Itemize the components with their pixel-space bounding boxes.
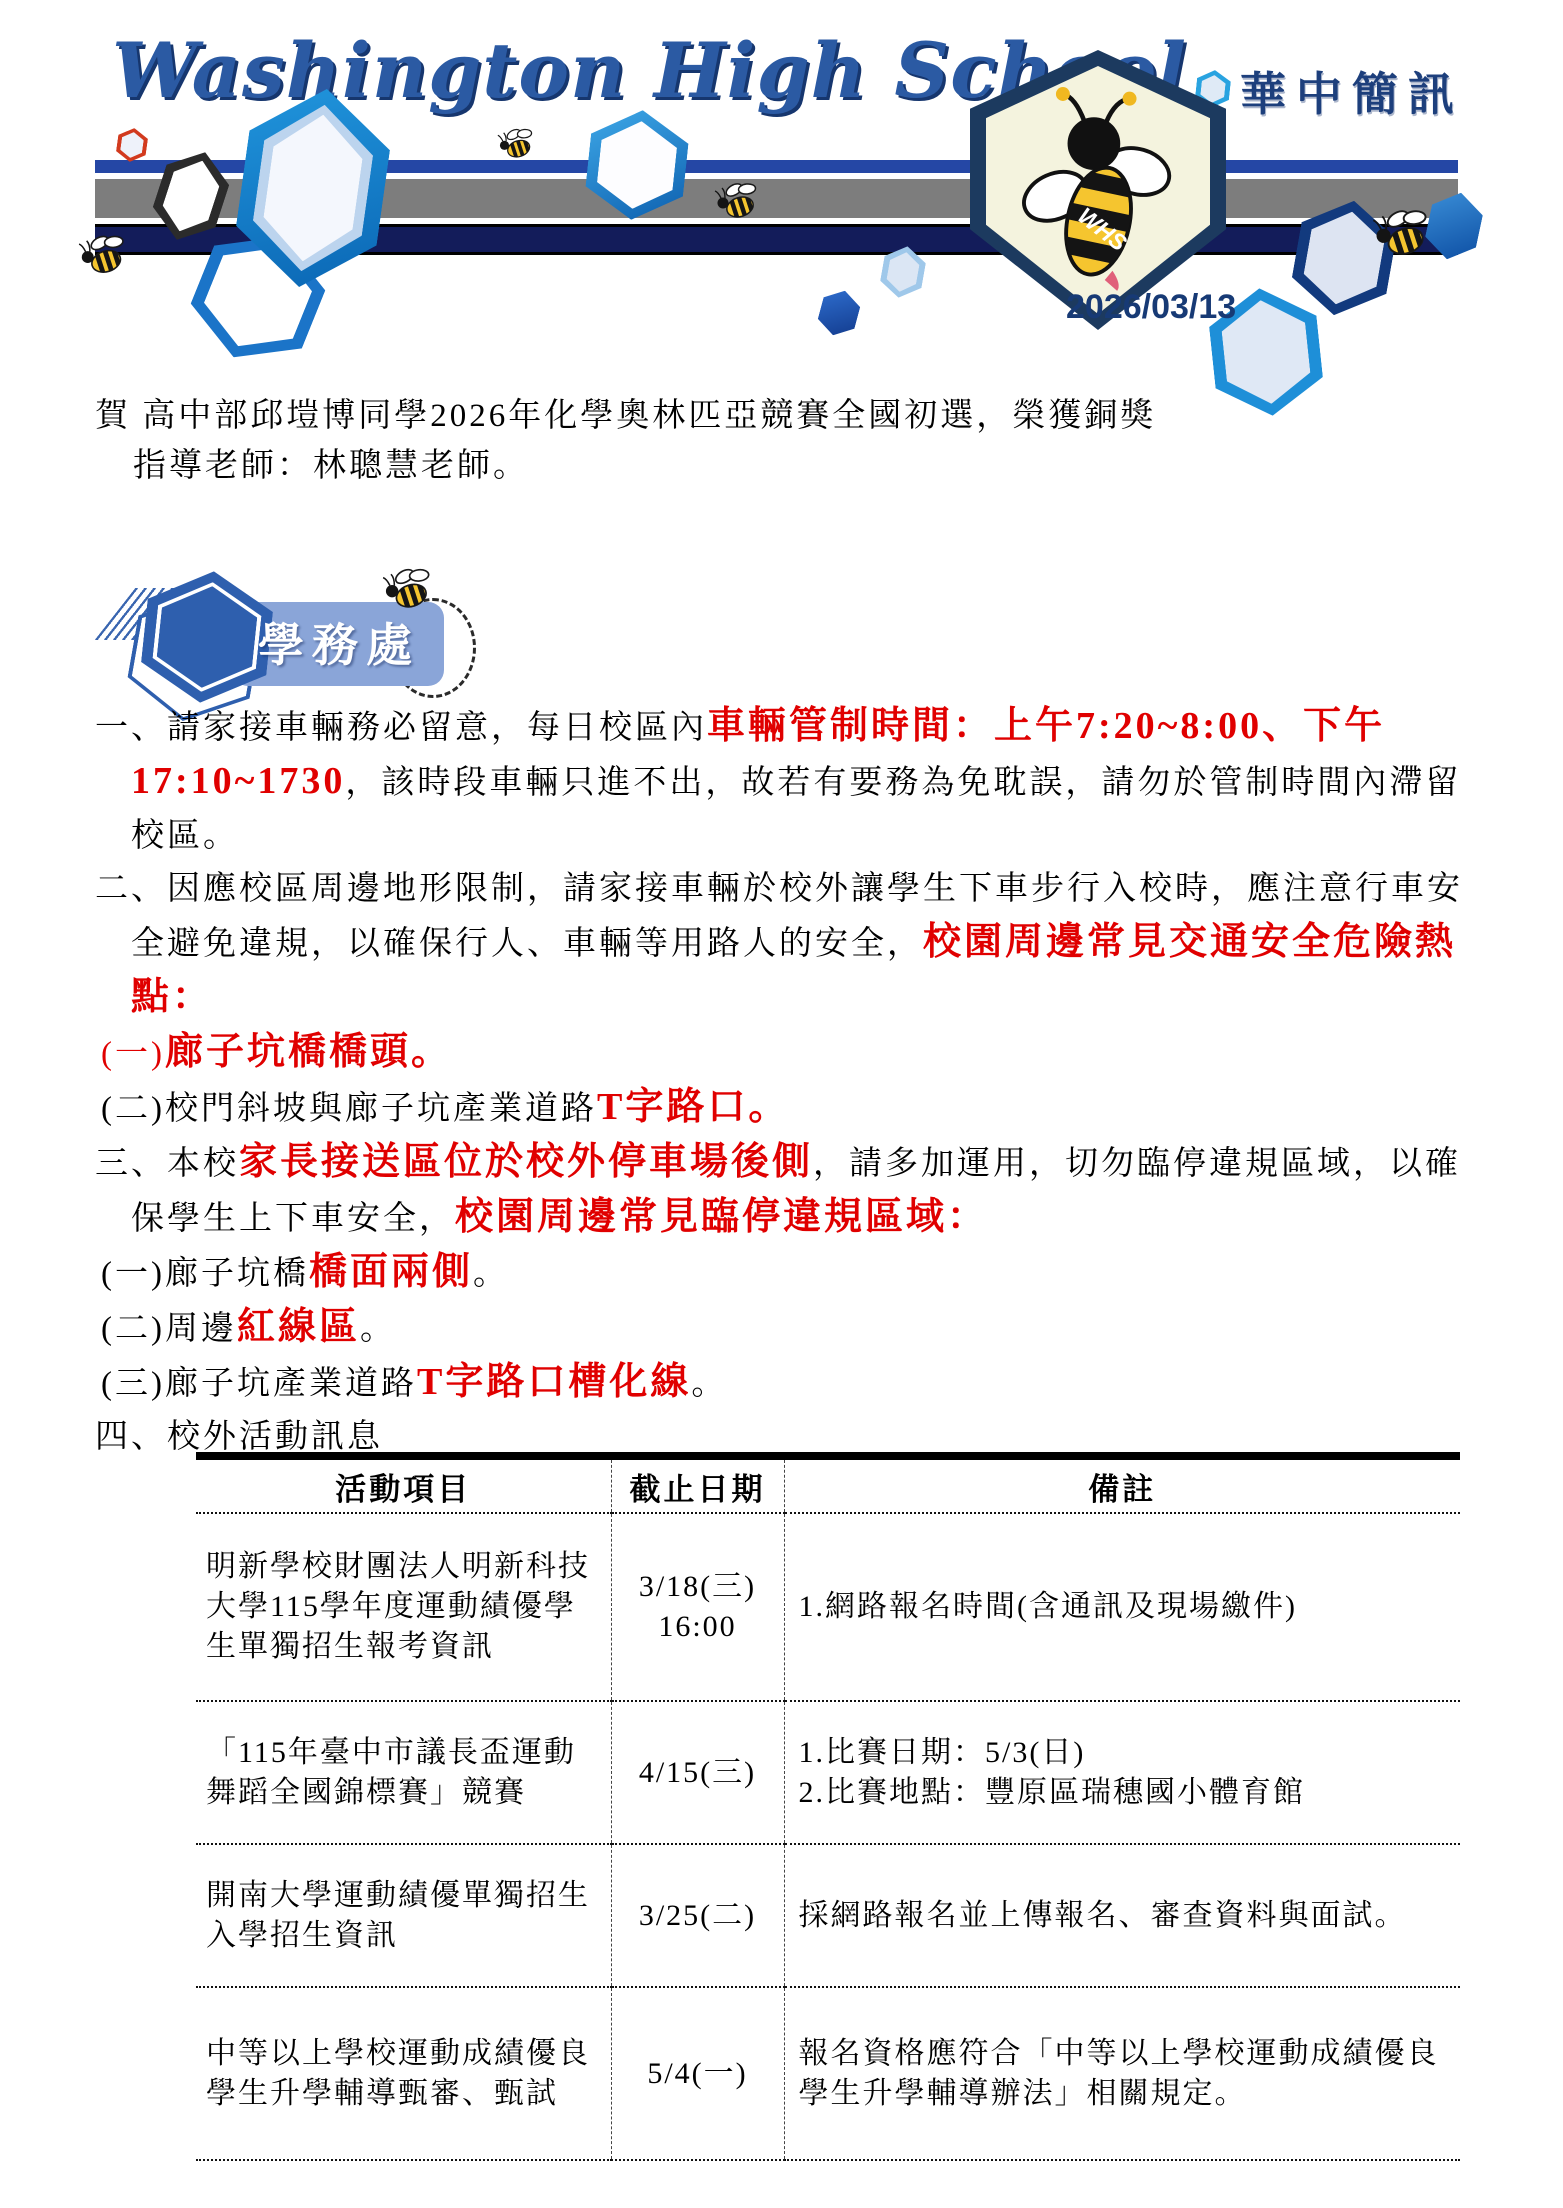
deadline-cell: 3/25(二) <box>611 1844 784 1987</box>
subitem-marker: (三) <box>101 1366 165 1402</box>
issue-date: 2026/03/13 <box>1066 288 1236 327</box>
subitem-highlight: T字路口槽化線 <box>417 1361 691 1403</box>
bee-icon <box>1372 206 1434 263</box>
notices: 一、請家接車輛務必留意，每日校區內車輛管制時間：上午7:20~8:00、下午17… <box>95 700 1473 1464</box>
crest-bee-icon: WHS <box>1004 78 1190 296</box>
notice-2: 二、因應校區周邊地形限制，請家接車輛於校外讓學生下車步行入校時，應注意行車安全避… <box>95 863 1473 1026</box>
notice-highlight: 家長接送區位於校外停車場後側 <box>239 1141 813 1183</box>
congrats-line2: 指導老師：林聰慧老師。 <box>95 441 1495 491</box>
bee-icon <box>714 180 762 224</box>
notice-3-subitem: (一)廊子坑橋橋面兩側。 <box>101 1246 1473 1301</box>
notes-cell: 1.比賽日期：5/3(日) 2.比賽地點：豐原區瑞穗國小體育館 <box>784 1701 1460 1844</box>
notice-text: 請家接車輛務必留意，每日校區內 <box>167 710 707 746</box>
congrats-announcement: 賀 高中部邱塏博同學2026年化學奧林匹亞競賽全國初選，榮獲銅獎 指導老師：林聰… <box>95 391 1495 491</box>
deadline-line: 3/25(二) <box>612 1896 784 1936</box>
bee-icon <box>382 565 436 615</box>
deadline-cell: 4/15(三) <box>611 1701 784 1844</box>
activity-cell: 「115年臺中市議長盃運動舞蹈全國錦標賽」競賽 <box>196 1701 611 1844</box>
subitem-highlight: 廊子坑橋橋頭。 <box>165 1031 452 1073</box>
note-line: 採網路報名並上傳報名、審查資料與面試。 <box>799 1896 1449 1936</box>
notice-text: 本校 <box>167 1146 239 1182</box>
subitem-marker: (一) <box>101 1256 165 1292</box>
subitem-marker: (一) <box>101 1036 165 1072</box>
subitem-text: 。 <box>360 1311 396 1347</box>
table-row: 中等以上學校運動成績優良學生升學輔導甄審、甄試 5/4(一) 報名資格應符合「中… <box>196 1987 1460 2160</box>
activity-cell: 開南大學運動績優單獨招生入學招生資訊 <box>196 1844 611 1987</box>
deadline-line: 16:00 <box>612 1607 784 1647</box>
notice-marker: 三、 <box>95 1146 167 1182</box>
table-row: 明新學校財團法人明新科技大學115學年度運動績優學生單獨招生報考資訊 3/18(… <box>196 1513 1460 1701</box>
subitem-text: 廊子坑產業道路 <box>165 1366 417 1402</box>
deadline-line: 3/18(三) <box>612 1567 784 1607</box>
notes-cell: 1.網路報名時間(含通訊及現場繳件) <box>784 1513 1460 1701</box>
subitem-highlight: 紅線區 <box>237 1306 360 1348</box>
hexagon-decoration <box>815 286 864 340</box>
table-row: 開南大學運動績優單獨招生入學招生資訊 3/25(二) 採網路報名並上傳報名、審查… <box>196 1844 1460 1987</box>
notes-cell: 採網路報名並上傳報名、審查資料與面試。 <box>784 1844 1460 1987</box>
deadline-line: 5/4(一) <box>612 2054 784 2094</box>
notice-marker: 一、 <box>95 710 167 746</box>
col-header-activity: 活動項目 <box>196 1456 611 1513</box>
notice-2-subitem: (二)校門斜坡與廊子坑產業道路T字路口。 <box>101 1081 1473 1136</box>
hexagon-decoration <box>115 126 149 164</box>
notice-3-subitem: (三)廊子坑產業道路T字路口槽化線。 <box>101 1356 1473 1411</box>
deadline-cell: 5/4(一) <box>611 1987 784 2160</box>
notice-highlight: 校園周邊常見臨停違規區域： <box>455 1196 988 1238</box>
subitem-highlight: 橋面兩側 <box>309 1251 473 1293</box>
subitem-marker: (二) <box>101 1091 165 1127</box>
subitem-text: 。 <box>473 1256 509 1292</box>
notice-text: 校外活動訊息 <box>167 1419 383 1455</box>
notice-3-subitem: (二)周邊紅線區。 <box>101 1301 1473 1356</box>
notice-marker: 四、 <box>95 1419 167 1455</box>
note-line: 2.比賽地點：豐原區瑞穗國小體育館 <box>799 1773 1449 1813</box>
note-line: 1.比賽日期：5/3(日) <box>799 1733 1449 1773</box>
bee-icon <box>497 126 537 163</box>
note-line: 1.網路報名時間(含通訊及現場繳件) <box>799 1587 1449 1627</box>
masthead: Washington High School <box>0 0 1563 340</box>
subitem-text: 周邊 <box>165 1311 237 1347</box>
notice-1: 一、請家接車輛務必留意，每日校區內車輛管制時間：上午7:20~8:00、下午17… <box>95 700 1473 863</box>
col-header-deadline: 截止日期 <box>611 1456 784 1513</box>
activity-cell: 中等以上學校運動成績優良學生升學輔導甄審、甄試 <box>196 1987 611 2160</box>
bee-icon <box>78 232 130 280</box>
activity-cell: 明新學校財團法人明新科技大學115學年度運動績優學生單獨招生報考資訊 <box>196 1513 611 1701</box>
deadline-cell: 3/18(三) 16:00 <box>611 1513 784 1701</box>
subitem-text: 校門斜坡與廊子坑產業道路 <box>165 1091 597 1127</box>
subitem-text: 。 <box>691 1366 727 1402</box>
subitem-text: 廊子坑橋 <box>165 1256 309 1292</box>
subitem-highlight: T字路口。 <box>597 1086 789 1128</box>
newsletter-page: Washington High School <box>0 0 1563 2208</box>
notice-3: 三、本校家長接送區位於校外停車場後側，請多加運用，切勿臨停違規區域，以確保學生上… <box>95 1136 1473 1246</box>
subitem-marker: (二) <box>101 1311 165 1347</box>
activities-table: 活動項目 截止日期 備註 明新學校財團法人明新科技大學115學年度運動績優學生單… <box>196 1452 1460 2161</box>
notice-2-subitem: (一)廊子坑橋橋頭。 <box>101 1026 1473 1081</box>
newsletter-title: 華中簡訊 <box>1240 58 1464 124</box>
col-header-notes: 備註 <box>784 1456 1460 1513</box>
notes-cell: 報名資格應符合「中等以上學校運動成績優良學生升學輔導辦法」相關規定。 <box>784 1987 1460 2160</box>
dept-name-label: 學務處 <box>258 609 420 675</box>
note-line: 報名資格應符合「中等以上學校運動成績優良學生升學輔導辦法」相關規定。 <box>799 2034 1449 2114</box>
deadline-line: 4/15(三) <box>612 1753 784 1793</box>
student-affairs-badge: 學務處 <box>80 545 500 715</box>
school-name: Washington High School <box>112 26 972 115</box>
table-header-row: 活動項目 截止日期 備註 <box>196 1456 1460 1513</box>
congrats-line1: 賀 高中部邱塏博同學2026年化學奧林匹亞競賽全國初選，榮獲銅獎 <box>95 391 1495 441</box>
notice-marker: 二、 <box>95 871 167 907</box>
table-row: 「115年臺中市議長盃運動舞蹈全國錦標賽」競賽 4/15(三) 1.比賽日期：5… <box>196 1701 1460 1844</box>
